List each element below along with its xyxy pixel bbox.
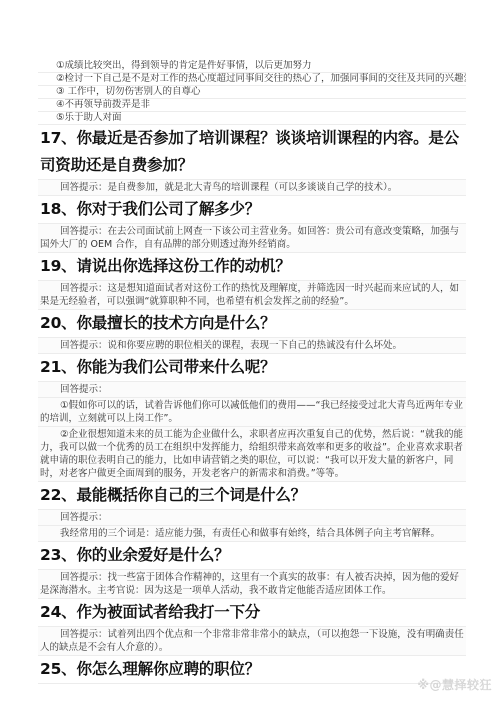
answer-point: 我经常用的三个词是：适应能力强，有责任心和做事有始终，结合具体例子向主考官解释。: [38, 526, 466, 542]
list-item: ②检讨一下自己是不是对工作的热心度超过同事间交往的热心了，加强同事间的交往及共同…: [38, 73, 466, 86]
section-18: 18、你对于我们公司了解多少？ 回答提示：在去公司面试前上网查一下该公司主营业务…: [38, 196, 466, 253]
question-heading: 25、你怎么理解你应聘的职位？: [38, 656, 466, 684]
section-22: 22、最能概括你自己的三个词是什么？ 回答提示： 我经常用的三个词是：适应能力强…: [38, 482, 466, 542]
section-25: 25、你怎么理解你应聘的职位？: [38, 656, 466, 684]
question-heading: 21、你能为我们公司带来什么呢？: [38, 354, 466, 382]
section-19: 19、请说出你选择这份工作的动机？ 回答提示：这是想知道面试者对这份工作的热忱及…: [38, 253, 466, 310]
question-heading: 20、你最擅长的技术方向是什么？: [38, 310, 466, 338]
question-heading: 19、请说出你选择这份工作的动机？: [38, 253, 466, 281]
watermark: ※@慧择较狂: [417, 676, 492, 693]
list-item: ④不再领导前拨弄是非: [38, 99, 466, 112]
question-heading: 22、最能概括你自己的三个词是什么？: [38, 482, 466, 510]
question-heading: 18、你对于我们公司了解多少？: [38, 196, 466, 224]
list-item: ③ 工作中，切勿伤害别人的自尊心: [38, 86, 466, 99]
answer-hint: 回答提示：这是想知道面试者对这份工作的热忱及理解度，并筛选因一时兴起而来应试的人…: [38, 281, 466, 310]
question-heading: 24、作为被面试者给我打一下分: [38, 599, 466, 627]
section-21: 21、你能为我们公司带来什么呢？ 回答提示： ①假如你可以的话，试着告诉他们你可…: [38, 354, 466, 482]
list-item: ①成绩比较突出，得到领导的肯定是件好事情，以后更加努力: [38, 60, 466, 73]
document-body: ①成绩比较突出，得到领导的肯定是件好事情，以后更加努力 ②检讨一下自己是不是对工…: [38, 60, 466, 684]
list-item: ⑤乐于助人对面: [38, 112, 466, 125]
answer-point: ②企业很想知道未来的员工能为企业做什么，求职者应再次重复自己的优势，然后说：“就…: [38, 427, 466, 482]
question-heading: 17、你最近是否参加了培训课程？谈谈培训课程的内容。是公司资助还是自费参加？: [38, 125, 466, 180]
question-heading: 23、你的业余爱好是什么？: [38, 542, 466, 570]
intro-list: ①成绩比较突出，得到领导的肯定是件好事情，以后更加努力 ②检讨一下自己是不是对工…: [38, 60, 466, 125]
answer-hint: 回答提示：找一些富于团体合作精神的，这里有一个真实的故事：有人被否决掉，因为他的…: [38, 570, 466, 599]
section-24: 24、作为被面试者给我打一下分 回答提示：试着列出四个优点和一个非常非常非常小的…: [38, 599, 466, 656]
section-17: 17、你最近是否参加了培训课程？谈谈培训课程的内容。是公司资助还是自费参加？ 回…: [38, 125, 466, 196]
answer-hint-label: 回答提示：: [38, 510, 466, 526]
answer-hint: 回答提示：在去公司面试前上网查一下该公司主营业务。如回答：贵公司有意改变策略，加…: [38, 224, 466, 253]
answer-point: ①假如你可以的话，试着告诉他们你可以减低他们的费用——“我已经接受过北大青鸟近两…: [38, 398, 466, 427]
answer-hint: 回答提示：说和你要应聘的职位相关的课程，表现一下自己的热诚没有什么坏处。: [38, 338, 466, 354]
section-20: 20、你最擅长的技术方向是什么？ 回答提示：说和你要应聘的职位相关的课程，表现一…: [38, 310, 466, 354]
answer-hint-label: 回答提示：: [38, 382, 466, 398]
section-23: 23、你的业余爱好是什么？ 回答提示：找一些富于团体合作精神的，这里有一个真实的…: [38, 542, 466, 599]
answer-hint: 回答提示：是自费参加，就是北大青鸟的培训课程（可以多谈谈自己学的技术）。: [38, 180, 466, 196]
answer-hint: 回答提示：试着列出四个优点和一个非常非常非常小的缺点，（可以抱怨一下设施，没有明…: [38, 627, 466, 656]
